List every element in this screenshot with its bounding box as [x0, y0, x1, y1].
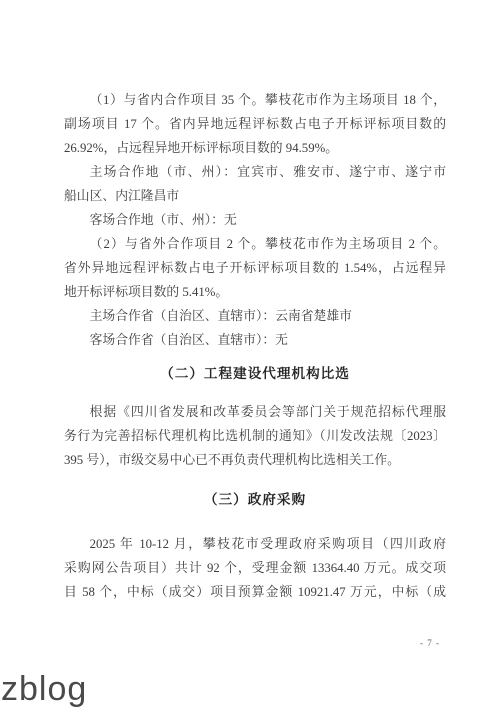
watermark-zblog: zblog — [1, 672, 87, 706]
body-line: 目 58 个，中标（成交）项目预算金额 10921.47 万元，中标（成 — [64, 580, 446, 604]
body-line: 26.92%，占远程异地开标评标项目数的 94.59%。 — [64, 136, 446, 160]
body-line: 省外异地远程评标数占电子开标评标项目数的 1.54%，占远程异 — [64, 256, 446, 280]
body-line: 395 号），市级交易中心已不再负责代理机构比选相关工作。 — [64, 448, 446, 472]
body-line: 客场合作省（自治区、直辖市）：无 — [64, 328, 446, 352]
body-line: 务行为完善招标代理机构比选机制的通知》（川发改法规〔2023〕 — [64, 424, 446, 448]
body-line: 客场合作地（市、州）：无 — [64, 208, 446, 232]
body-line: 根据《四川省发展和改革委员会等部门关于规范招标代理服 — [64, 400, 446, 424]
body-line: 2025 年 10-12 月，攀枝花市受理政府采购项目（四川政府 — [64, 532, 446, 556]
document-body: （1）与省内合作项目 35 个。攀枝花市作为主场项目 18 个，副场项目 17 … — [64, 88, 446, 604]
body-line: 采购网公告项目）共计 92 个，受理金额 13364.40 万元。成交项 — [64, 556, 446, 580]
page-number: - 7 - — [408, 638, 452, 648]
body-line: （1）与省内合作项目 35 个。攀枝花市作为主场项目 18 个， — [64, 88, 446, 112]
body-line: 主场合作地（市、州）：宜宾市、雅安市、遂宁市、遂宁市 — [64, 160, 446, 184]
body-line: 地开标评标项目数的 5.41%。 — [64, 280, 446, 304]
document-page: （1）与省内合作项目 35 个。攀枝花市作为主场项目 18 个，副场项目 17 … — [0, 0, 500, 707]
body-line: 副场项目 17 个。省内异地远程评标数占电子开标评标项目数的 — [64, 112, 446, 136]
section-heading: （三）政府采购 — [64, 488, 446, 512]
body-line: 船山区、内江隆昌市 — [64, 184, 446, 208]
section-heading: （二）工程建设代理机构比选 — [64, 362, 446, 386]
body-line: （2）与省外合作项目 2 个。攀枝花市作为主场项目 2 个。 — [64, 232, 446, 256]
body-line: 主场合作省（自治区、直辖市）：云南省楚雄市 — [64, 304, 446, 328]
